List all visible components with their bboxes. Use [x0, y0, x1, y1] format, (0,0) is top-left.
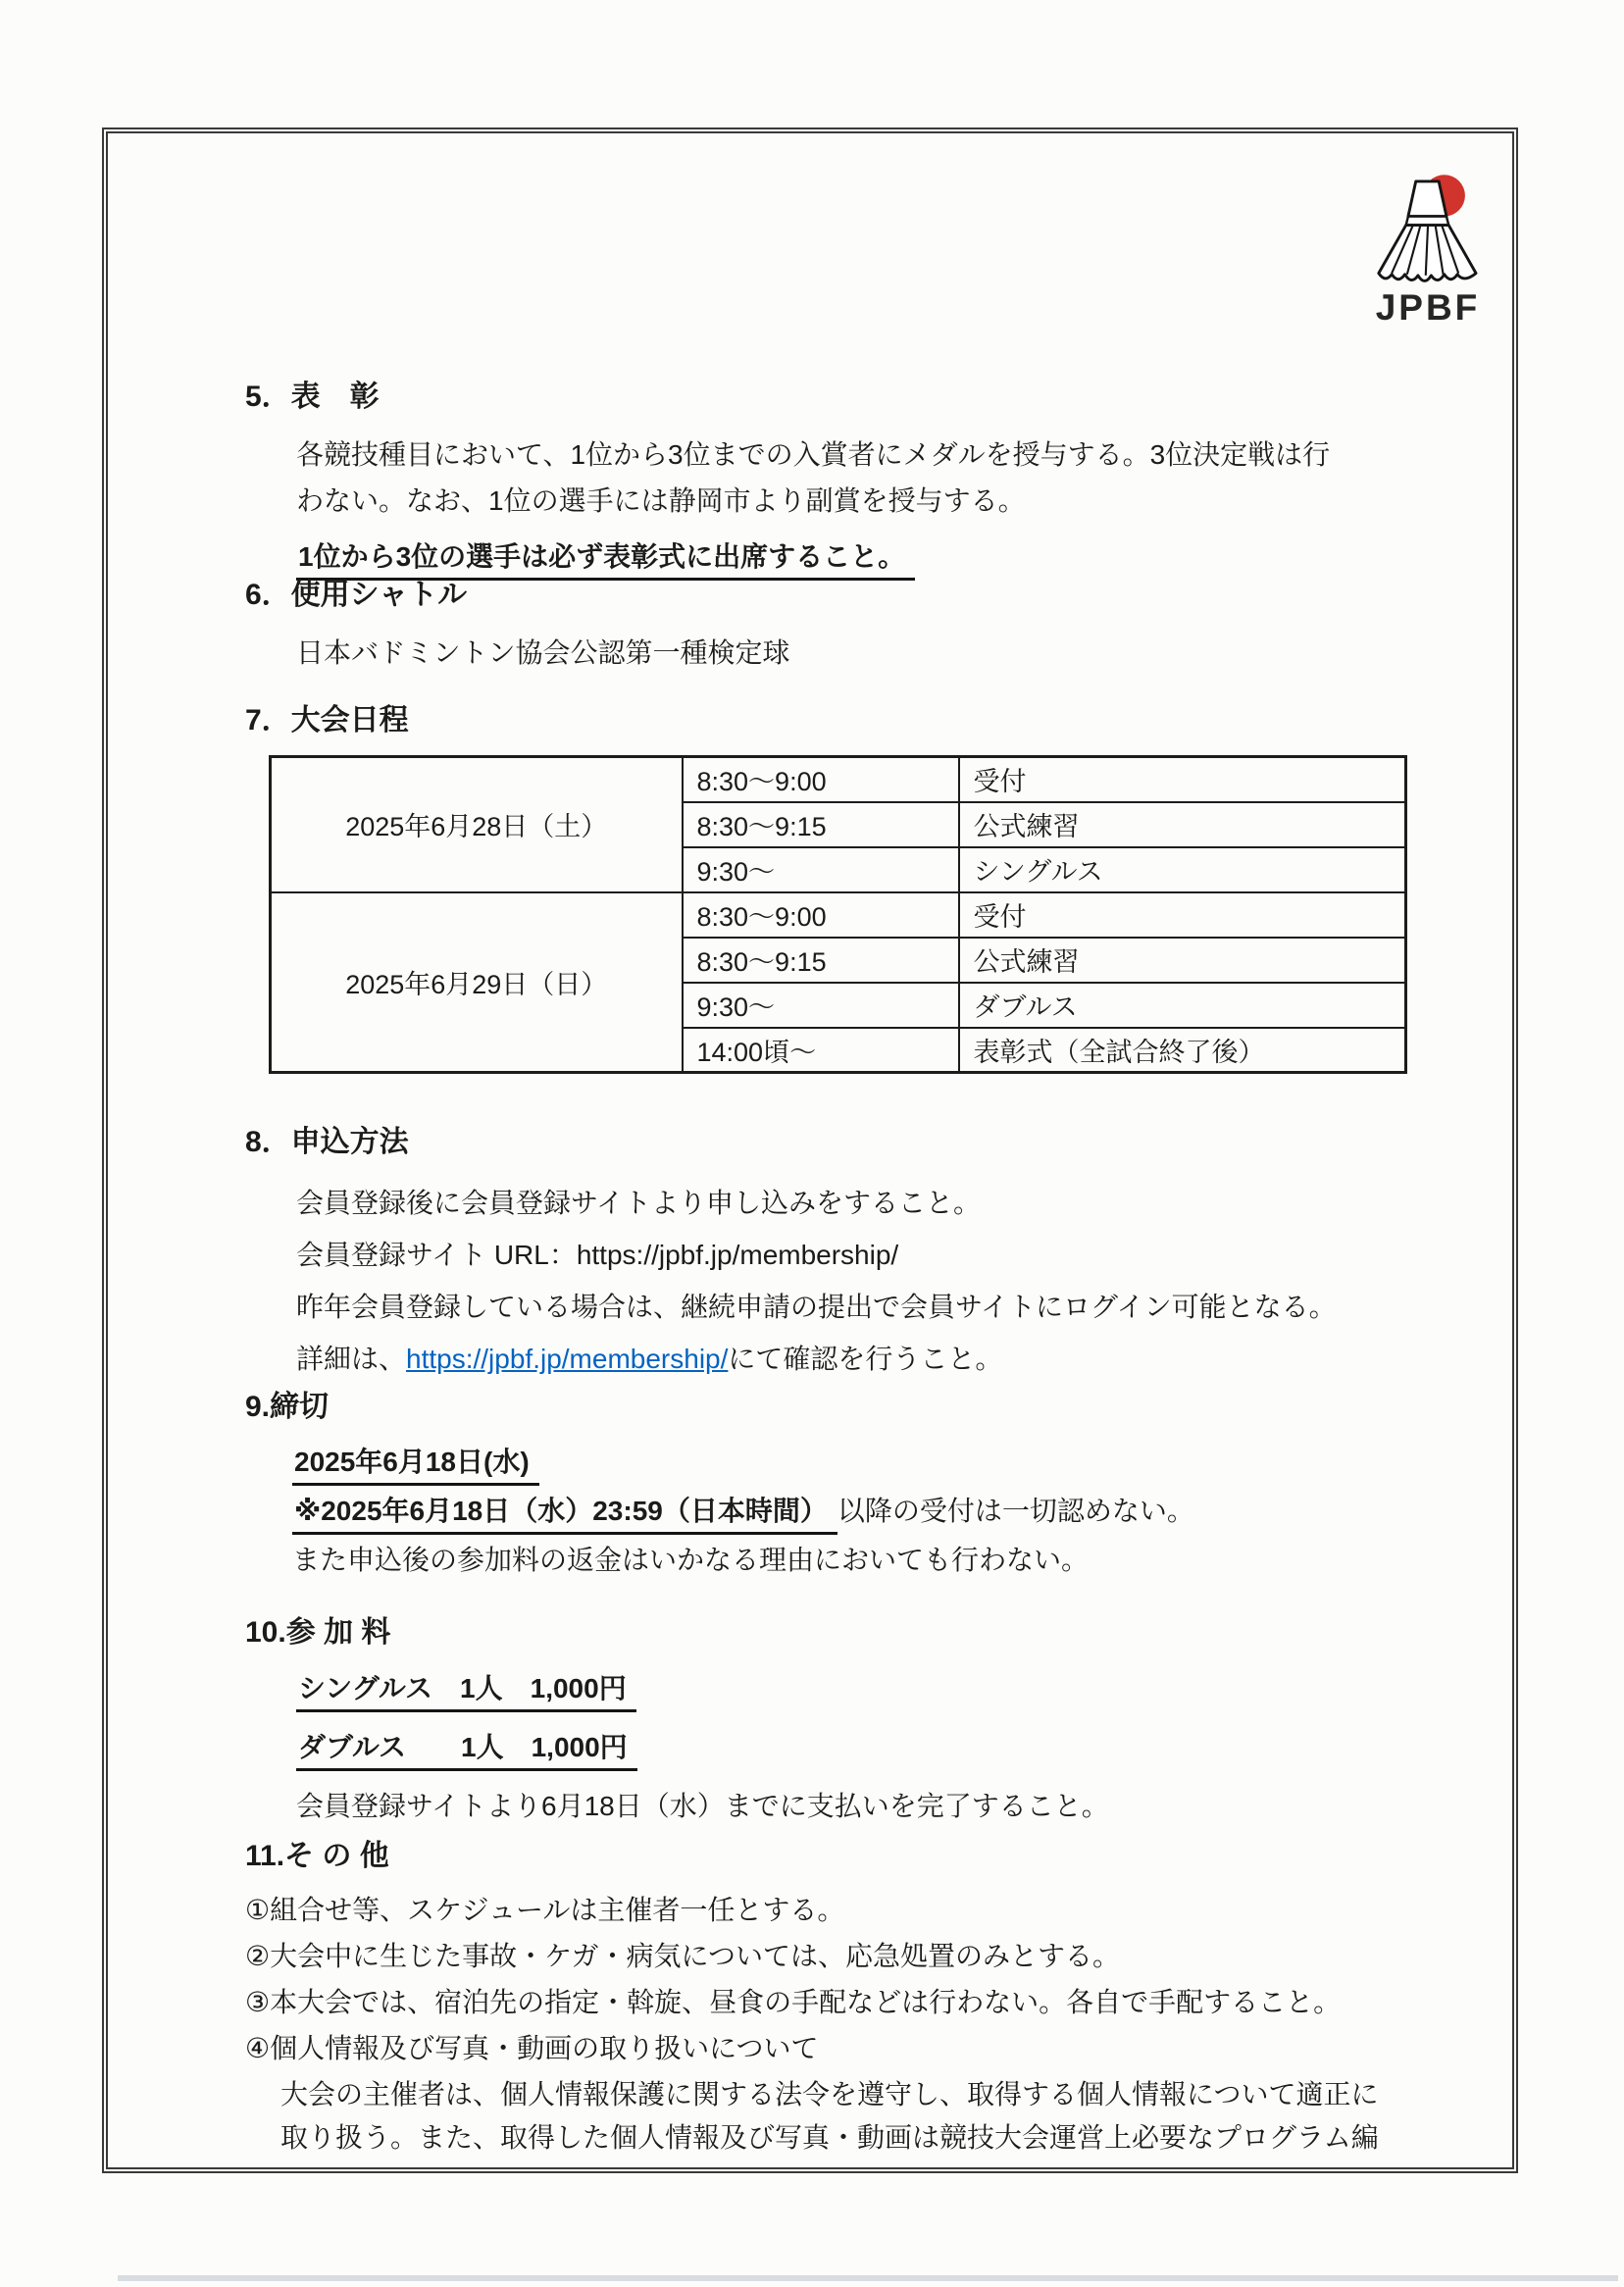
- section-shuttle: 6．使用シャトル 日本バドミントン協会公認第一種検定球: [108, 577, 1512, 676]
- section-heading: 6．使用シャトル: [245, 577, 1512, 614]
- shuttlecock-icon: [1373, 173, 1483, 286]
- schedule-time-cell: 8:30～9:00: [683, 757, 959, 802]
- schedule-event-cell: 受付: [959, 757, 1406, 802]
- schedule-time-cell: 9:30～: [683, 983, 959, 1028]
- membership-link[interactable]: https://jpbf.jp/membership/: [406, 1344, 728, 1374]
- schedule-time-cell: 9:30～: [683, 847, 959, 892]
- section-heading: 11.そ の 他: [245, 1838, 1512, 1875]
- section-fees: 10.参 加 料 シングルス 1人 1,000円 ダブルス 1人 1,000円 …: [108, 1614, 1512, 1830]
- text-line: わない。なお、1位の選手には静岡市より副賞を授与する。: [296, 478, 1512, 524]
- schedule-event-cell: シングルス: [959, 847, 1406, 892]
- section-heading: 7．大会日程: [245, 702, 1512, 739]
- schedule-event-cell: ダブルス: [959, 983, 1406, 1028]
- list-item: ③本大会では、宿泊先の指定・斡旋、昼食の手配などは行わない。各自で手配すること。: [245, 1979, 1512, 2025]
- text-line: 各競技種目において、1位から3位までの入賞者にメダルを授与する。3位決定戦は行: [296, 432, 1512, 478]
- section-heading: 5．表 彰: [245, 379, 1512, 416]
- schedule-date-cell: 2025年6月29日（日）: [271, 892, 683, 1073]
- page-border-frame: JPBF 5．表 彰 各競技種目において、1位から3位までの入賞者にメダルを授与…: [102, 127, 1518, 2173]
- schedule-event-cell: 表彰式（全試合終了後）: [959, 1028, 1406, 1073]
- text-line: 日本バドミントン協会公認第一種検定球: [296, 630, 1512, 676]
- text-line: 会員登録後に会員登録サイトより申し込みをすること。: [296, 1177, 1512, 1229]
- text-line: 詳細は、https://jpbf.jp/membership/にて確認を行うこと…: [296, 1333, 1512, 1385]
- document-page: JPBF 5．表 彰 各競技種目において、1位から3位までの入賞者にメダルを授与…: [0, 0, 1624, 2287]
- schedule-event-cell: 公式練習: [959, 938, 1406, 983]
- text-segment: 以降の受付は一切認めない。: [837, 1496, 1194, 1526]
- schedule-time-cell: 8:30～9:15: [683, 802, 959, 847]
- section-deadline: 9.締切 2025年6月18日(水) ※2025年6月18日（水）23:59（日…: [108, 1389, 1512, 1585]
- schedule-event-cell: 公式練習: [959, 802, 1406, 847]
- section-schedule: 7．大会日程 2025年6月28日（土） 8:30～9:00 受付 8:30～9…: [108, 702, 1512, 1074]
- text-segment: 詳細は、: [296, 1344, 406, 1374]
- list-item: ④個人情報及び写真・動画の取り扱いについて: [245, 2025, 1512, 2071]
- text-segment: にて確認を行うこと。: [728, 1344, 1002, 1374]
- logo-text: JPBF: [1369, 287, 1487, 329]
- section-heading: 10.参 加 料: [245, 1614, 1512, 1652]
- fee-singles: シングルス 1人 1,000円: [296, 1671, 636, 1712]
- jpbf-logo: JPBF: [1369, 173, 1487, 329]
- table-row: 2025年6月28日（土） 8:30～9:00 受付: [271, 757, 1406, 802]
- text-line: 昨年会員登録している場合は、継続申請の提出で会員サイトにログイン可能となる。: [296, 1281, 1512, 1333]
- text-line: 取り扱う。また、取得した個人情報及び写真・動画は競技大会運営上必要なプログラム編: [280, 2116, 1512, 2160]
- schedule-date-cell: 2025年6月28日（土）: [271, 757, 683, 892]
- section-other: 11.そ の 他 ①組合せ等、スケジュールは主催者一任とする。 ②大会中に生じた…: [108, 1838, 1512, 2160]
- schedule-table: 2025年6月28日（土） 8:30～9:00 受付 8:30～9:15 公式練…: [269, 755, 1407, 1074]
- scan-artifact: [118, 2275, 1618, 2281]
- text-line: また申込後の参加料の返金はいかなる理由においても行わない。: [292, 1536, 1512, 1585]
- schedule-time-cell: 8:30～9:15: [683, 938, 959, 983]
- section-awards: 5．表 彰 各競技種目において、1位から3位までの入賞者にメダルを授与する。3位…: [108, 379, 1512, 581]
- schedule-time-cell: 14:00頃～: [683, 1028, 959, 1073]
- emphasized-text: 1位から3位の選手は必ず表彰式に出席すること。: [296, 539, 915, 581]
- text-line: 会員登録サイト URL：https://jpbf.jp/membership/: [296, 1229, 1512, 1281]
- text-line: 会員登録サイトより6月18日（水）までに支払いを完了すること。: [296, 1783, 1512, 1830]
- section-application: 8．申込方法 会員登録後に会員登録サイトより申し込みをすること。 会員登録サイト…: [108, 1124, 1512, 1385]
- list-item: ①組合せ等、スケジュールは主催者一任とする。: [245, 1887, 1512, 1933]
- schedule-time-cell: 8:30～9:00: [683, 892, 959, 938]
- text-line: 大会の主催者は、個人情報保護に関する法令を遵守し、取得する個人情報について適正に: [280, 2073, 1512, 2116]
- section-heading: 9.締切: [245, 1389, 1512, 1426]
- section-heading: 8．申込方法: [245, 1124, 1512, 1161]
- deadline-date: 2025年6月18日(水): [292, 1445, 539, 1486]
- fee-doubles: ダブルス 1人 1,000円: [296, 1730, 637, 1771]
- table-row: 2025年6月29日（日） 8:30～9:00 受付: [271, 892, 1406, 938]
- text-line: ※2025年6月18日（水）23:59（日本時間）以降の受付は一切認めない。: [292, 1487, 1512, 1536]
- emphasized-text: ※2025年6月18日（水）23:59（日本時間）: [292, 1494, 837, 1535]
- list-item: ②大会中に生じた事故・ケガ・病気については、応急処置のみとする。: [245, 1933, 1512, 1979]
- schedule-event-cell: 受付: [959, 892, 1406, 938]
